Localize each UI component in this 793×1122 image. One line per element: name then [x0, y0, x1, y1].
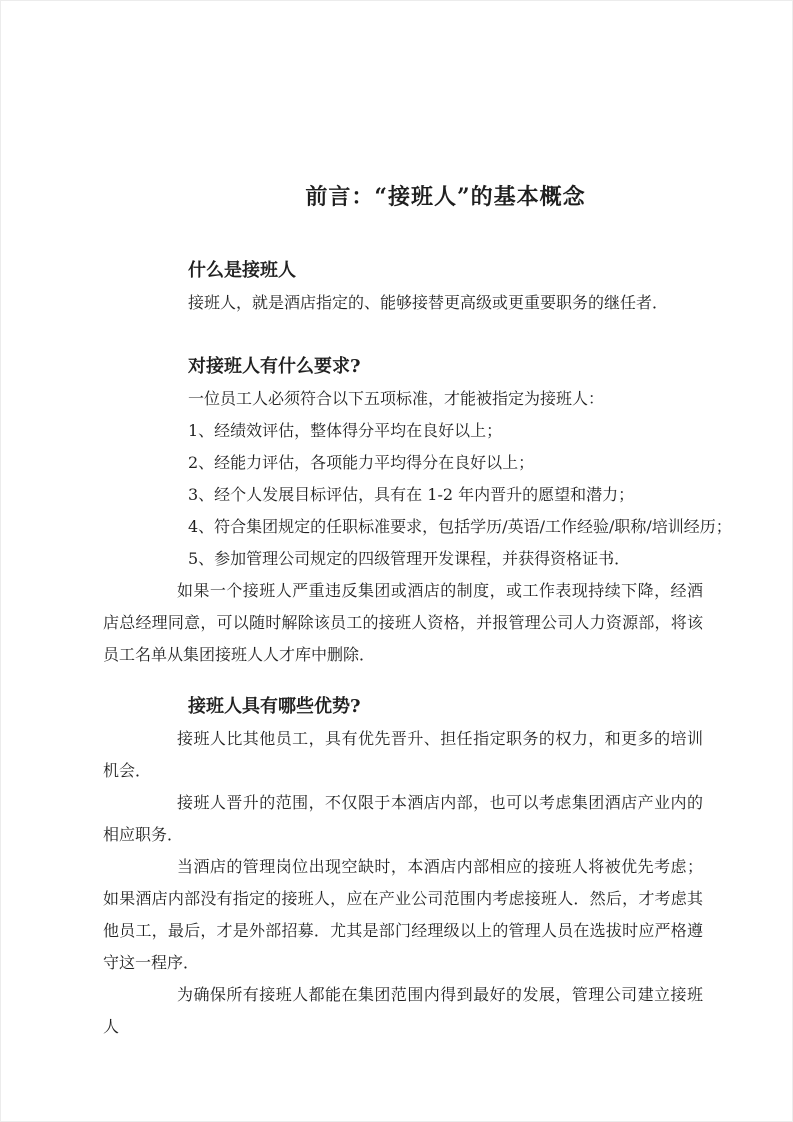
section-heading-advantages: 接班人具有哪些优势? [188, 691, 703, 723]
list-item-competency-review: 2、经能力评估，各项能力平均得分在良好以上； [188, 447, 703, 479]
document-title: 前言：“接班人”的基本概念 [188, 183, 703, 211]
list-item-performance-review: 1、经绩效评估，整体得分平均在良好以上； [188, 415, 703, 447]
paragraph-advantages-priority: 接班人比其他员工，具有优先晋升、担任指定职务的权力，和更多的培训机会． [103, 723, 703, 787]
list-item-development-goal-review: 3、经个人发展目标评估，具有在 1-2 年内晋升的愿望和潜力； [188, 479, 703, 511]
list-item-qualification-standards: 4、符合集团规定的任职标准要求，包括学历/英语/工作经验/职称/培训经历； [188, 511, 703, 543]
section-heading-requirements: 对接班人有什么要求? [188, 351, 703, 383]
paragraph-successor-definition: 接班人，就是酒店指定的、能够接替更高级或更重要职务的继任者． [188, 287, 703, 319]
document-page: 前言：“接班人”的基本概念 什么是接班人 接班人，就是酒店指定的、能够接替更高级… [0, 0, 793, 1122]
list-item-management-courses: 5、参加管理公司规定的四级管理开发课程，并获得资格证书． [188, 543, 703, 575]
paragraph-revocation-policy: 如果一个接班人严重违反集团或酒店的制度，或工作表现持续下降，经酒店总经理同意，可… [103, 575, 703, 671]
section-heading-what-is-successor: 什么是接班人 [188, 255, 703, 287]
paragraph-vacancy-procedure: 当酒店的管理岗位出现空缺时，本酒店内部相应的接班人将被优先考虑；如果酒店内部没有… [103, 851, 703, 979]
document-content: 前言：“接班人”的基本概念 什么是接班人 接班人，就是酒店指定的、能够接替更高级… [103, 0, 703, 1043]
paragraph-requirements-intro: 一位员工人必须符合以下五项标准，才能被指定为接班人： [188, 383, 703, 415]
paragraph-advantages-scope: 接班人晋升的范围，不仅限于本酒店内部，也可以考虑集团酒店产业内的相应职务． [103, 787, 703, 851]
paragraph-talent-pool-intro: 为确保所有接班人都能在集团范围内得到最好的发展，管理公司建立接班人 [103, 979, 703, 1043]
